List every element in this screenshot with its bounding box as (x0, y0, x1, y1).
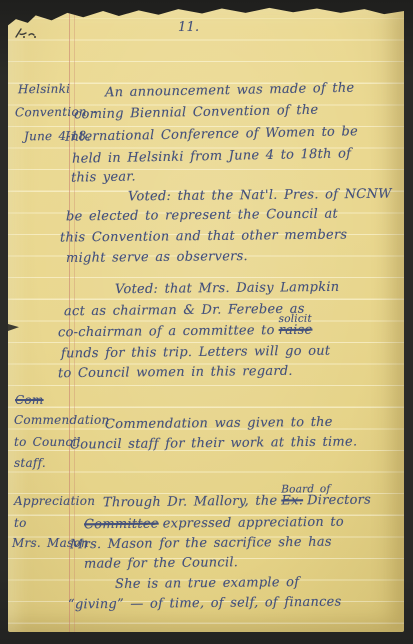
body-line: coming Biennial Convention of the (74, 103, 319, 123)
body-line-with-edit: Committeeexpressed appreciation to (84, 515, 344, 533)
inserted-word: solicit (279, 312, 312, 327)
photo-backdrop: 11. Helsinki Convention - June 4-18. An … (0, 0, 413, 644)
inserted-word: Board of (281, 482, 330, 498)
body-line: might serve as observers. (66, 249, 248, 266)
body-line: funds for this trip. Letters will go out (61, 344, 330, 362)
margin-note-appreciation: Appreciation (14, 494, 95, 509)
struck-word: Com (15, 393, 44, 407)
margin-note-to: to (14, 516, 27, 531)
body-line: She is an true example of (115, 575, 299, 592)
body-line: to Council women in this regard. (58, 364, 293, 381)
body-line: act as chairman & Dr. Ferebee as (64, 302, 305, 320)
body-line: Mrs. Mason for the sacrifice she has (70, 535, 332, 553)
body-line: “giving” — of time, of self, of finances (68, 595, 342, 613)
margin-note-struck: Com (15, 393, 44, 408)
body-line: International Conference of Women to be (65, 124, 358, 145)
edited-word: solicitraise (279, 323, 313, 338)
body-line: Commendation was given to the (105, 415, 333, 432)
body-line: made for the Council. (84, 555, 238, 572)
body-line: held in Helsinki from June 4 to 18th of (72, 146, 351, 166)
page-number: 11. (178, 20, 199, 35)
edited-word: Board ofEx. (281, 493, 303, 508)
struck-word: Committee (84, 517, 159, 533)
margin-note-helsinki: Helsinki (18, 82, 70, 98)
pencil-scribble (13, 25, 47, 43)
body-line: be elected to represent the Council at (66, 207, 338, 225)
body-line-with-edit: co-chairman of a committee tosolicitrais… (58, 323, 313, 341)
body-line-with-edit: Through Dr. Mallory, theBoard ofEx.Direc… (103, 493, 371, 511)
line-text: co-chairman of a committee to (58, 323, 275, 340)
body-line: this year. (71, 169, 136, 185)
body-line: this Convention and that other members (60, 227, 347, 245)
margin-note-staff: staff. (14, 456, 46, 471)
body-line: Council staff for their work at this tim… (70, 434, 357, 452)
body-line: An announcement was made of the (105, 81, 355, 101)
margin-note-commendation: Commendation (14, 413, 109, 428)
line-text: expressed appreciation to (163, 515, 344, 532)
notebook-page: 11. Helsinki Convention - June 4-18. An … (8, 6, 404, 632)
body-line: Voted: that the Nat'l. Pres. of NCNW (128, 187, 392, 205)
line-text: Through Dr. Mallory, the (103, 494, 278, 511)
body-line: Voted: that Mrs. Daisy Lampkin (115, 280, 340, 297)
paper-tear-notch (8, 324, 19, 331)
